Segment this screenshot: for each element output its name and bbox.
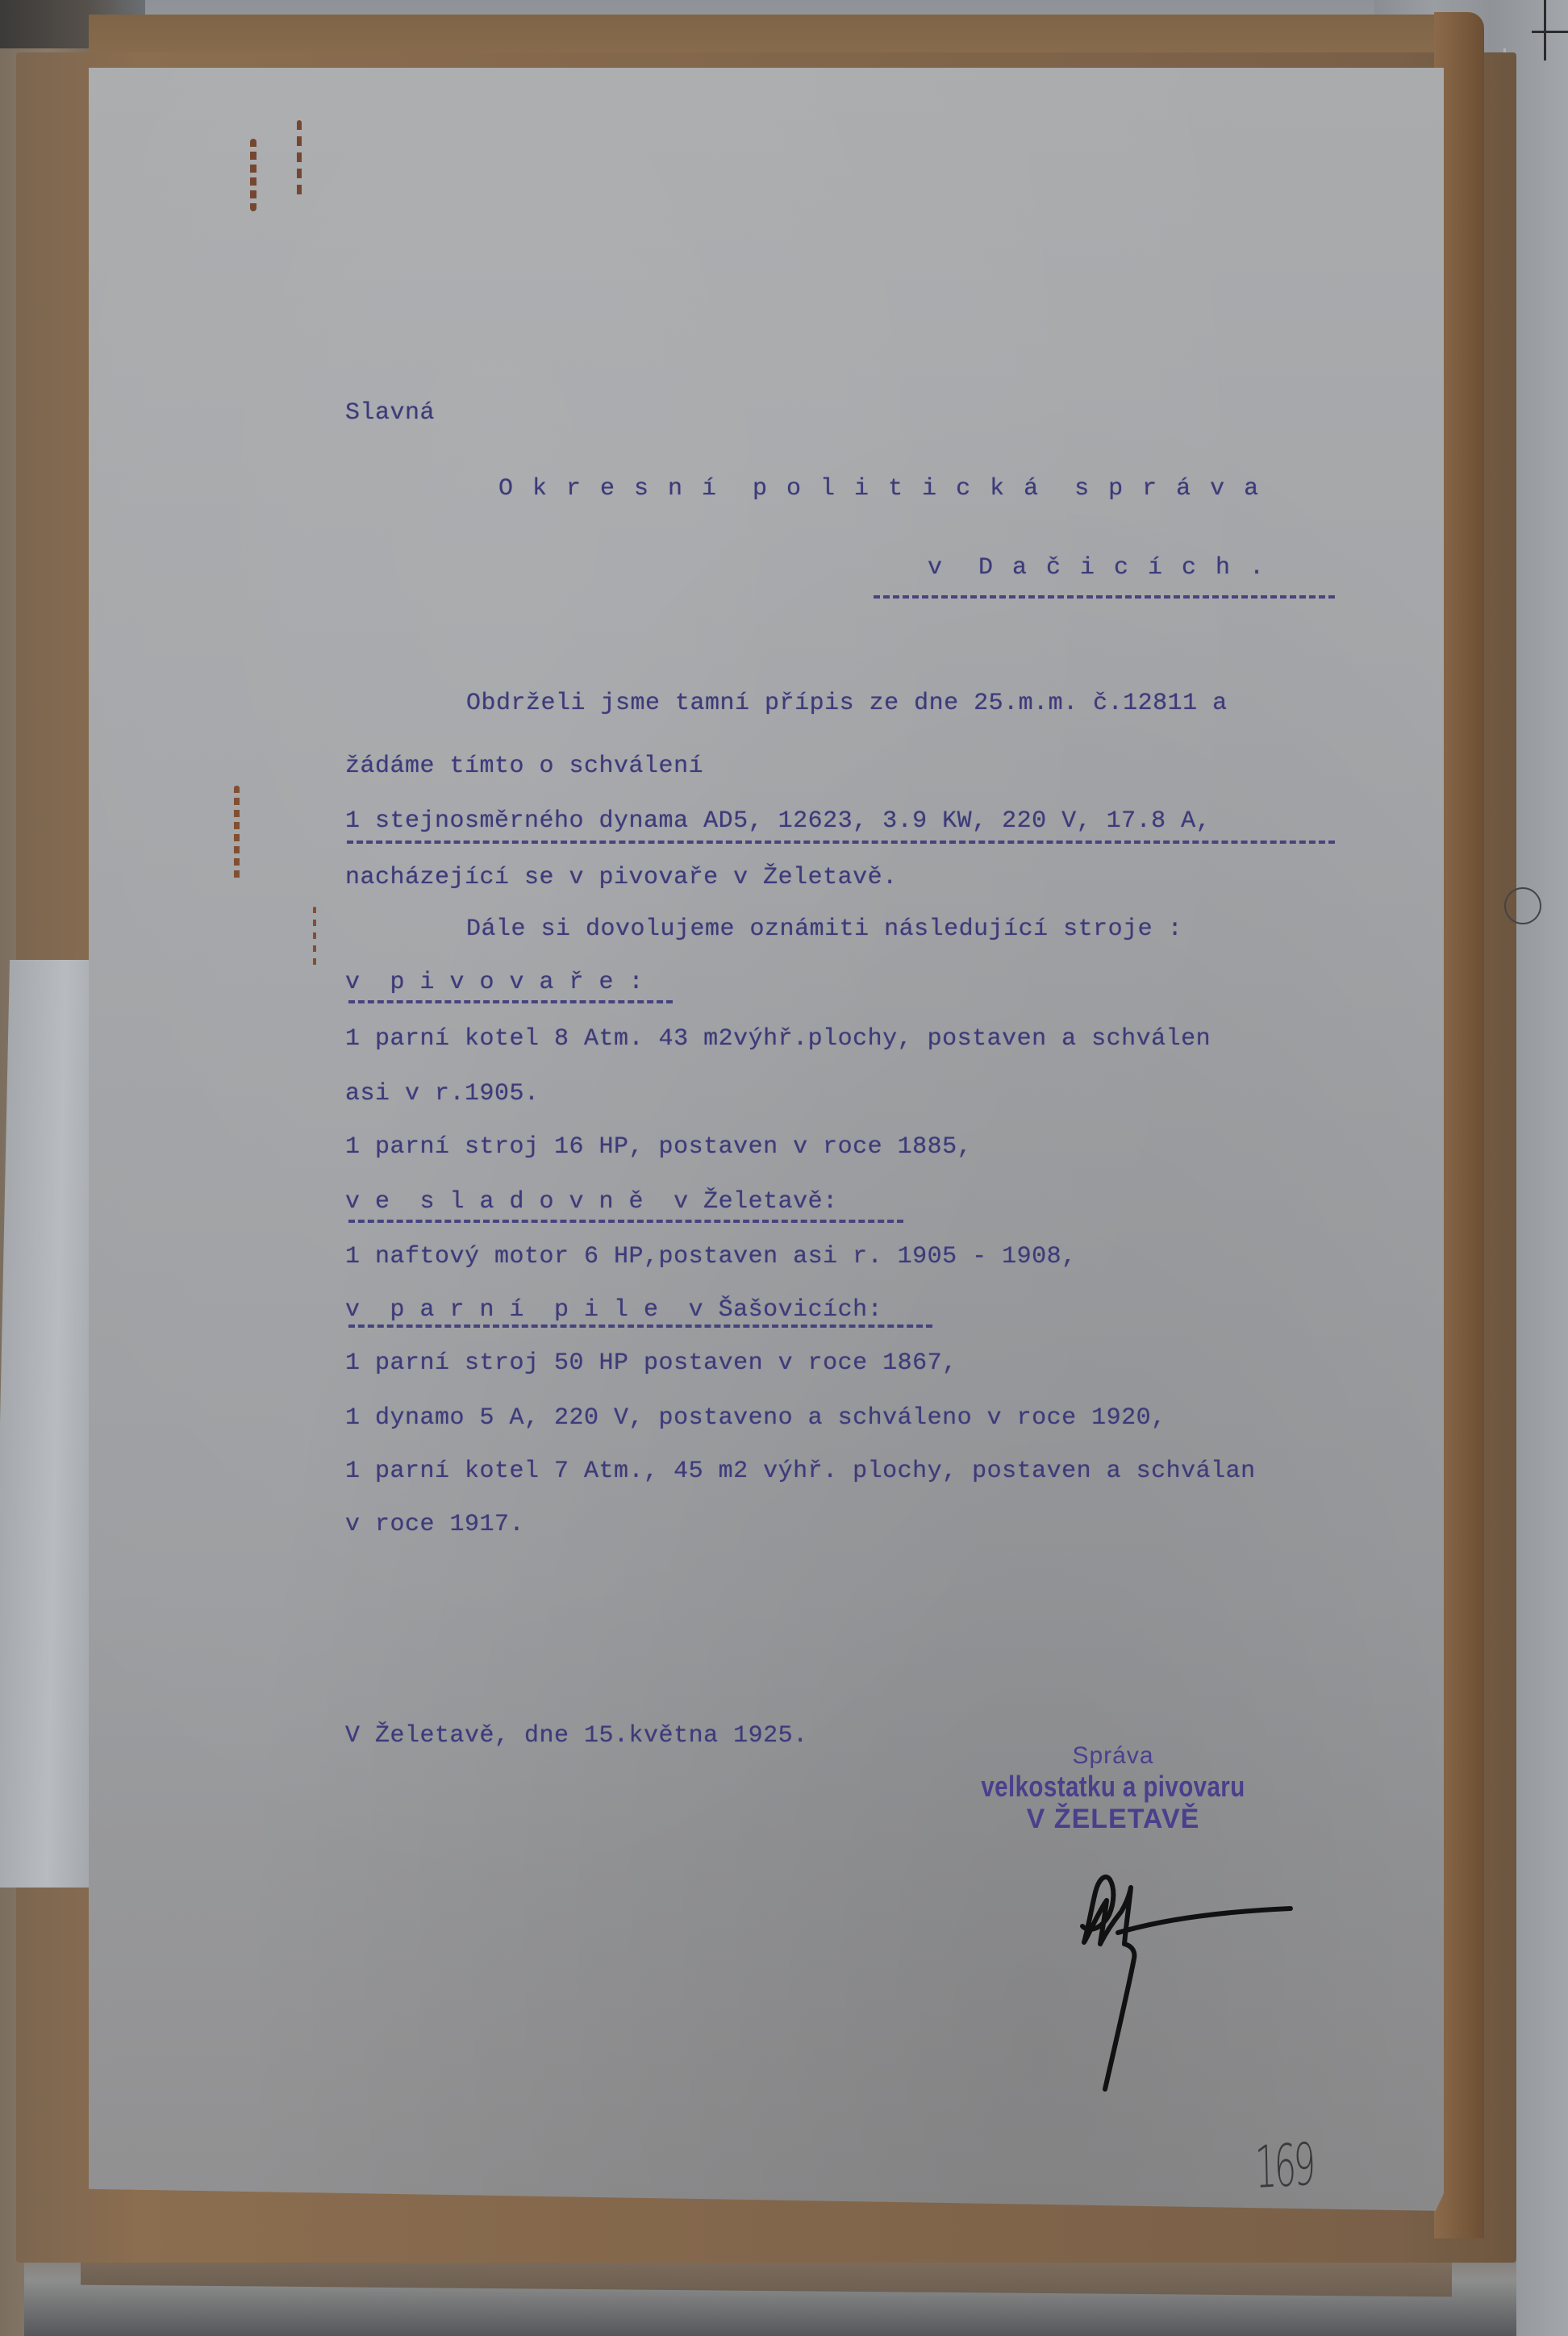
stamp-line-2: velkostatku a pivovaru: [961, 1770, 1265, 1804]
stamp-line-1: Správa: [928, 1742, 1299, 1770]
addressee-location: v D a č i c í c h .: [928, 553, 1266, 582]
further-notice: Dále si dovolujeme oznámiti následující …: [466, 915, 1182, 944]
pencil-mark: [1532, 31, 1568, 33]
stamp-line-3: V ŽELETAVĚ: [928, 1804, 1299, 1835]
section-heading-sawmill: v p a r n í p i l e v Šašovicích:: [345, 1295, 882, 1324]
section-underline-brewery: [348, 1000, 673, 1003]
rust-stain: [297, 120, 302, 201]
folio-number: 169: [1254, 2130, 1313, 2201]
sawmill-item-3-cont: v roce 1917.: [345, 1510, 524, 1539]
malthouse-item-1: 1 naftový motor 6 HP,postaven asi r. 190…: [345, 1242, 1077, 1271]
dynamo-location: nacházející se v pivovaře v Želetavě.: [345, 863, 898, 892]
intro-line-2: žádáme tímto o schválení: [345, 752, 703, 781]
rust-stain: [234, 786, 240, 882]
rust-stain: [250, 139, 256, 211]
sawmill-item-1: 1 parní stroj 50 HP postaven v roce 1867…: [345, 1349, 957, 1378]
intro-line-1: Obdrželi jsme tamní přípis ze dne 25.m.m…: [466, 689, 1228, 718]
rust-stain: [313, 907, 316, 971]
brewery-item-1-cont: asi v r.1905.: [345, 1079, 540, 1108]
section-underline-malthouse: [348, 1220, 903, 1223]
location-underline: [874, 595, 1335, 599]
place-and-date: V Želetavě, dne 15.května 1925.: [345, 1721, 808, 1750]
section-heading-malthouse: v e s l a d o v n ě v Želetavě:: [345, 1187, 838, 1216]
addressee-office: O k r e s n í p o l i t i c k á s p r á …: [498, 474, 1261, 503]
salutation: Slavná: [345, 398, 435, 428]
dynamo-line: 1 stejnosměrného dynama AD5, 12623, 3.9 …: [345, 807, 1211, 836]
brewery-item-1: 1 parní kotel 8 Atm. 43 m2výhř.plochy, p…: [345, 1024, 1211, 1053]
handwritten-signature: [1065, 1855, 1307, 2113]
section-heading-brewery: v p i v o v a ř e :: [345, 968, 644, 997]
section-underline-sawmill: [348, 1324, 932, 1328]
brewery-item-2: 1 parní stroj 16 HP, postaven v roce 188…: [345, 1133, 972, 1162]
dynamo-underline: [347, 841, 1335, 844]
sawmill-item-3: 1 parní kotel 7 Atm., 45 m2 výhř. plochy…: [345, 1457, 1256, 1486]
sawmill-item-2: 1 dynamo 5 A, 220 V, postaveno a schvále…: [345, 1404, 1166, 1433]
pencil-circle-mark: [1504, 887, 1541, 924]
office-stamp: Správa velkostatku a pivovaru V ŽELETAVĚ: [928, 1742, 1299, 1835]
